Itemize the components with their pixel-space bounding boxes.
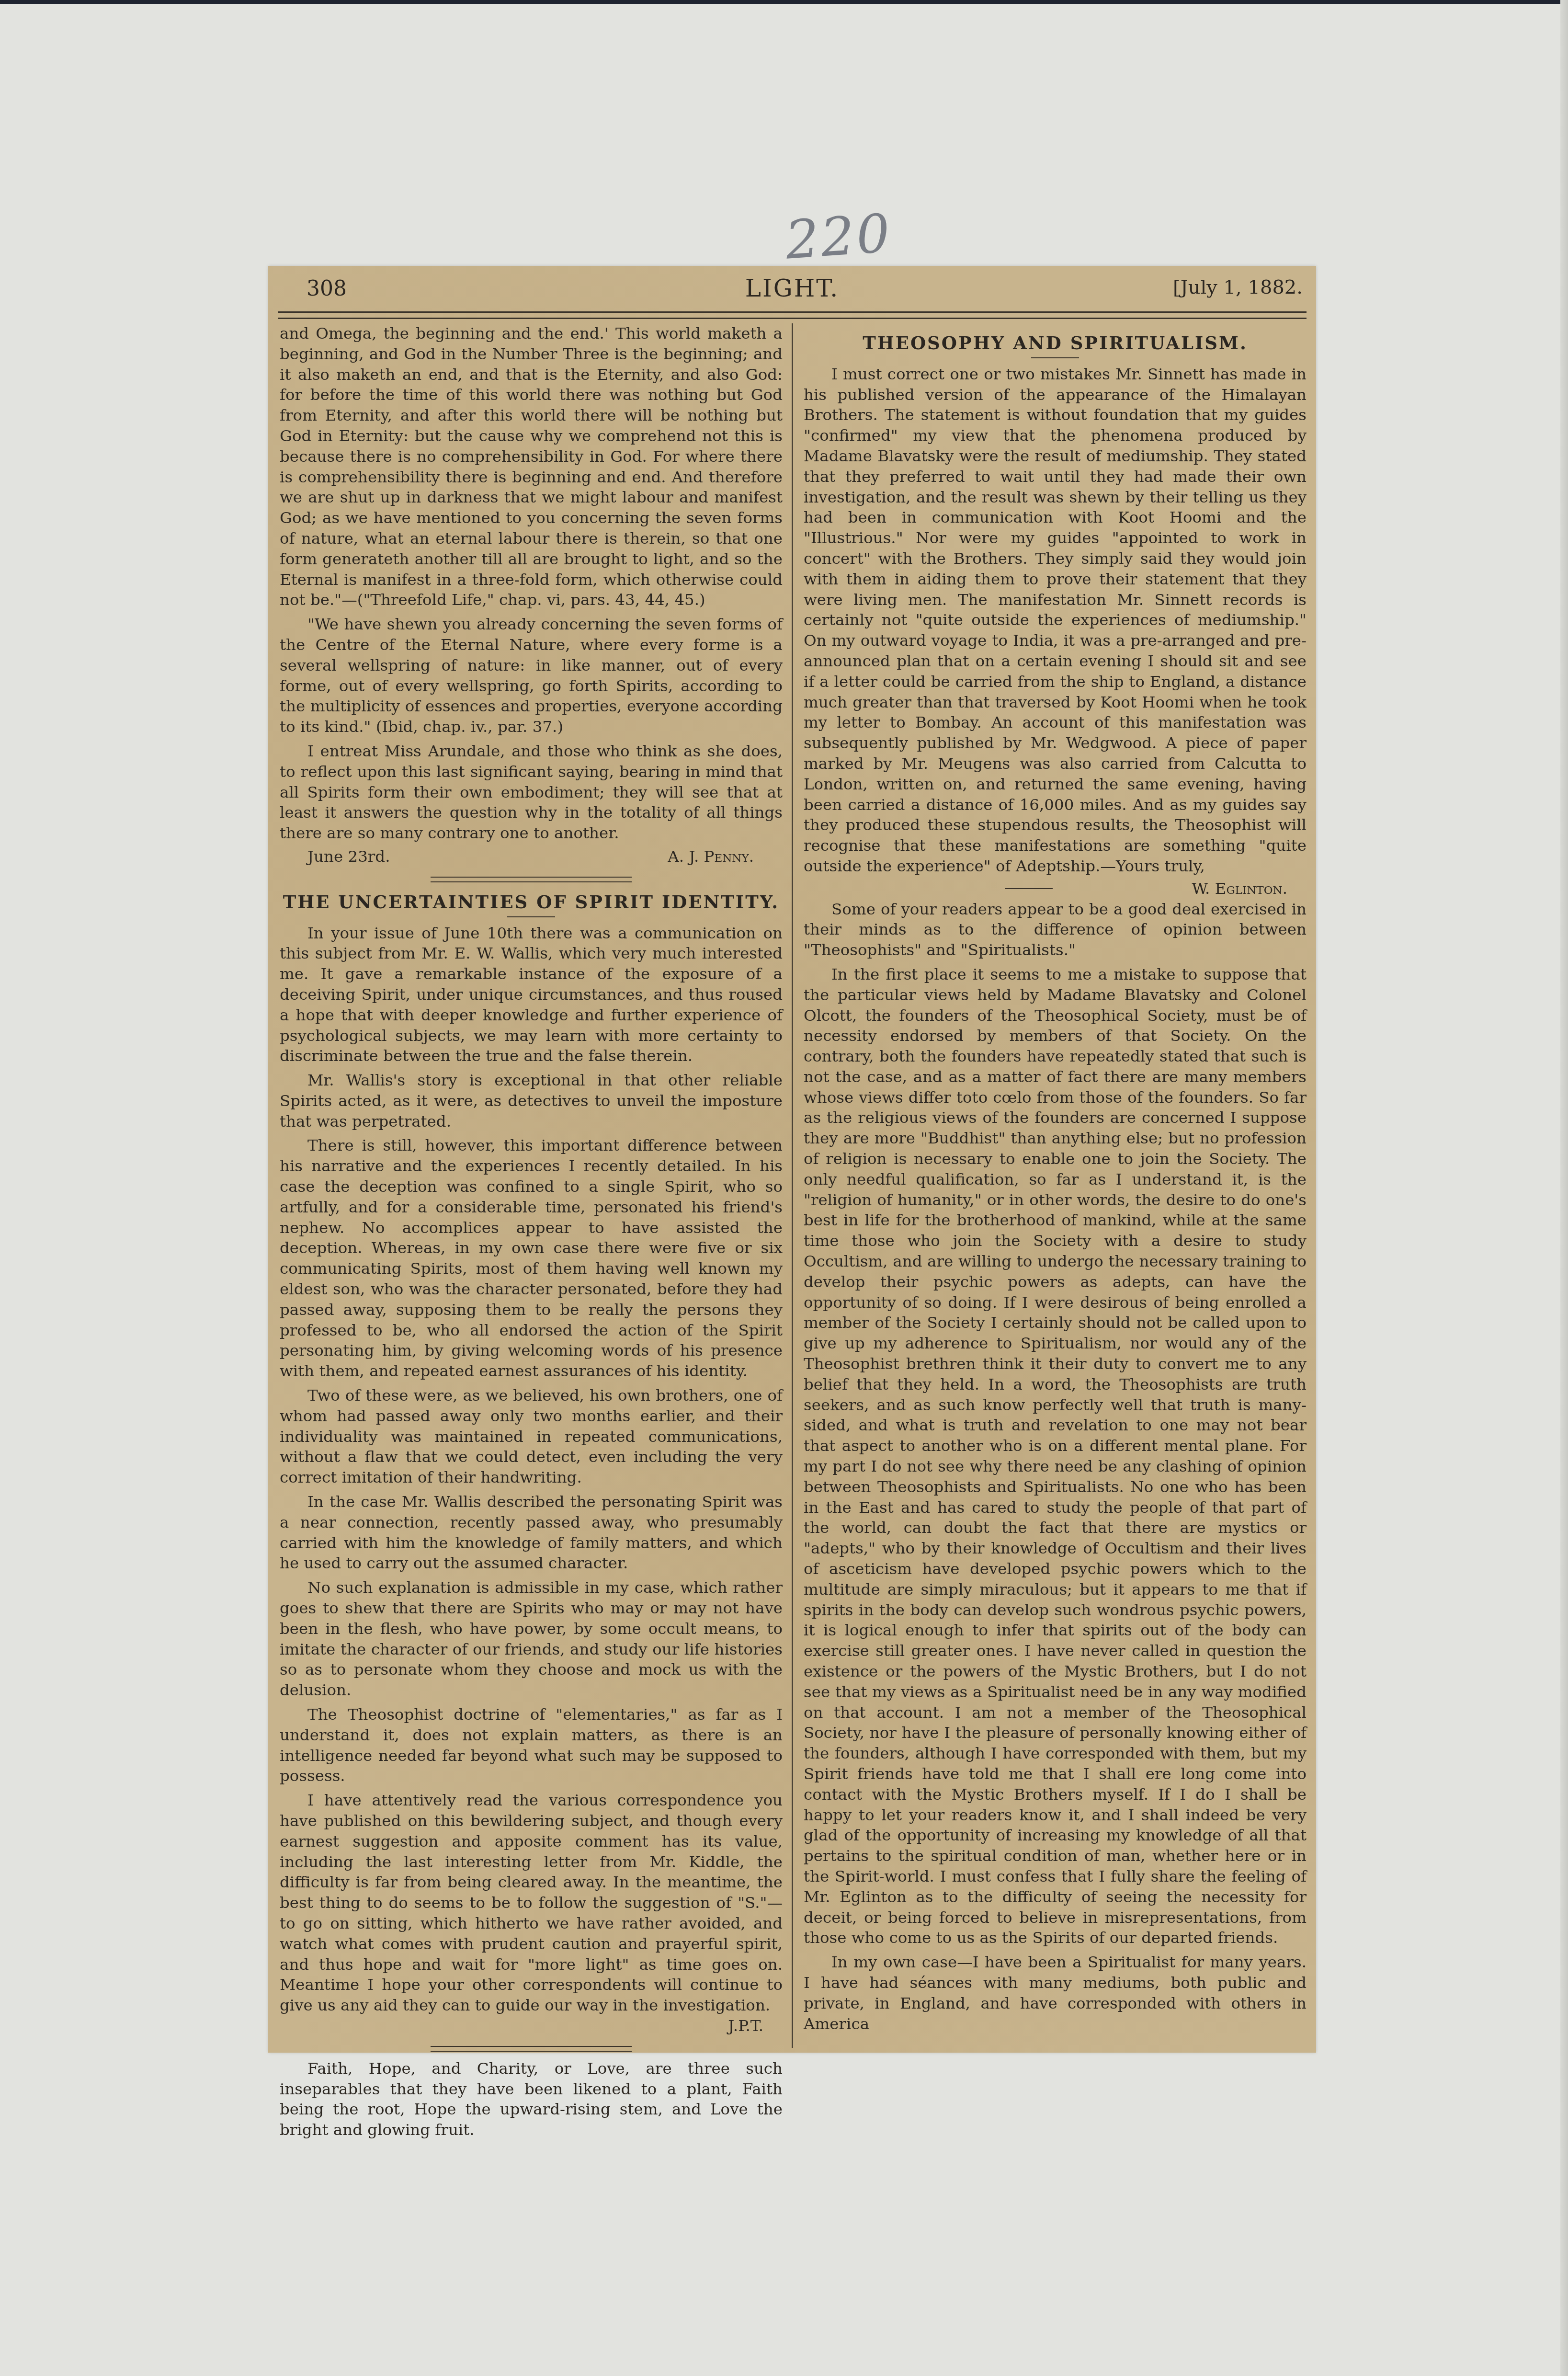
section-rule bbox=[431, 877, 632, 882]
article-paragraph: I have attentively read the various corr… bbox=[280, 1790, 783, 2016]
article-paragraph: There is still, however, this important … bbox=[280, 1135, 783, 1382]
left-column: and Omega, the beginning and the end.' T… bbox=[280, 323, 783, 2140]
article-heading: THEOSOPHY AND SPIRITUALISM. bbox=[804, 333, 1307, 354]
masthead-rule bbox=[278, 311, 1307, 319]
signoff-date: June 23rd. bbox=[307, 846, 390, 867]
letter-paragraph: Some of your readers appear to be a good… bbox=[804, 899, 1307, 960]
right-column: THEOSOPHY AND SPIRITUALISM. I must corre… bbox=[804, 323, 1307, 2034]
handwritten-folio-number: 220 bbox=[784, 202, 894, 271]
letter-paragraph: In the first place it seems to me a mist… bbox=[804, 964, 1307, 1948]
continuation-paragraph: "We have shewn you already concerning th… bbox=[280, 614, 783, 737]
letter-paragraph: I must correct one or two mistakes Mr. S… bbox=[804, 364, 1307, 877]
letter-separator-rule bbox=[1005, 888, 1053, 889]
continuation-paragraph: and Omega, the beginning and the end.' T… bbox=[280, 323, 783, 610]
newspaper-clipping: 308 LIGHT. [July 1, 1882. and Omega, the… bbox=[268, 266, 1316, 2053]
section-rule bbox=[431, 2046, 632, 2052]
album-page-right-edge bbox=[1560, 0, 1568, 2376]
article-paragraph: Two of these were, as we believed, his o… bbox=[280, 1385, 783, 1488]
heading-rule bbox=[507, 916, 555, 917]
publication-title: LIGHT. bbox=[268, 274, 1316, 302]
article-paragraph: In your issue of June 10th there was a c… bbox=[280, 923, 783, 1067]
letter-signoff: W. Eglinton. bbox=[804, 879, 1307, 899]
masthead: 308 LIGHT. [July 1, 1882. bbox=[268, 266, 1316, 311]
filler-paragraph: Faith, Hope, and Charity, or Love, are t… bbox=[280, 2058, 783, 2140]
issue-date: [July 1, 1882. bbox=[1173, 276, 1303, 298]
article-paragraph: The Theosophist doctrine of "elementarie… bbox=[280, 1704, 783, 1786]
article-heading: THE UNCERTAINTIES OF SPIRIT IDENTITY. bbox=[280, 892, 783, 913]
article-paragraph: Mr. Wallis's story is exceptional in tha… bbox=[280, 1070, 783, 1131]
continuation-paragraph: I entreat Miss Arundale, and those who t… bbox=[280, 741, 783, 844]
article-paragraph: No such explanation is admissible in my … bbox=[280, 1577, 783, 1701]
column-divider bbox=[792, 323, 793, 2048]
letter-signature: W. Eglinton. bbox=[1192, 879, 1307, 899]
letter-paragraph: In my own case—I have been a Spiritualis… bbox=[804, 1952, 1307, 2034]
album-page-top-edge bbox=[0, 0, 1568, 4]
heading-rule bbox=[1031, 357, 1079, 358]
signoff: June 23rd. A. J. Penny. bbox=[280, 846, 783, 867]
signoff-author: A. J. Penny. bbox=[668, 846, 754, 867]
article-signature: J.P.T. bbox=[280, 2016, 783, 2036]
article-paragraph: In the case Mr. Wallis described the per… bbox=[280, 1492, 783, 1574]
